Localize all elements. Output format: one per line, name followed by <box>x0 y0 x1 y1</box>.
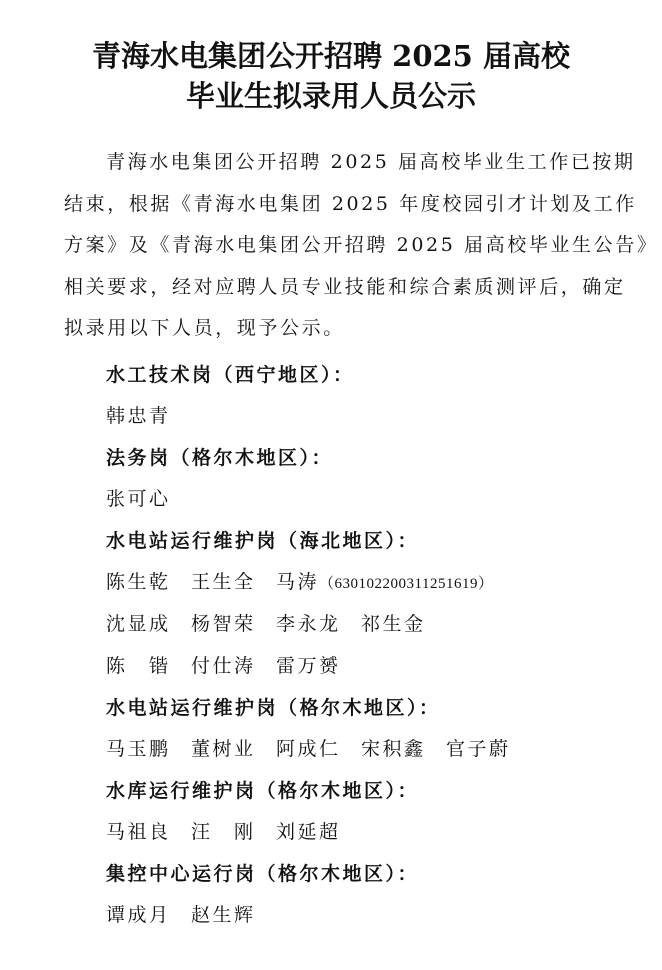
person-name: 董树业 <box>191 734 276 761</box>
person-name: 杨智荣 <box>191 609 276 636</box>
section-heading: 水库运行维护岗（格尔木地区）： <box>106 776 419 803</box>
names-row: 张可心 <box>106 484 191 511</box>
section-heading: 水工技术岗（西宁地区）： <box>106 360 355 387</box>
person-name: 马祖良 <box>106 817 191 844</box>
id-number-note: （630102200311251619） <box>319 576 493 592</box>
intro-line: 青海水电集团公开招聘 2025 届高校毕业生工作已按期 <box>64 142 618 184</box>
person-name: 马涛（630102200311251619） <box>276 567 493 594</box>
intro-line: 拟录用以下人员，现予公示。 <box>64 308 618 350</box>
person-name: 赵生辉 <box>191 900 276 927</box>
person-name: 陈生乾 <box>106 567 191 594</box>
names-row: 马玉鹏 董树业 阿成仁 宋积鑫 官子蔚 <box>106 734 531 761</box>
person-name: 雷万赟 <box>276 651 361 678</box>
person-name: 陈 锴 <box>106 651 191 678</box>
person-name: 马玉鹏 <box>106 734 191 761</box>
intro-line: 方案》及《青海水电集团公开招聘 2025 届高校毕业生公告》 <box>64 225 618 267</box>
intro-line: 相关要求，经对应聘人员专业技能和综合素质测评后，确定 <box>64 267 618 309</box>
person-name-text: 马涛 <box>276 571 319 593</box>
section-heading: 水电站运行维护岗（海北地区）： <box>106 526 419 553</box>
section-heading: 水电站运行维护岗（格尔木地区）： <box>106 693 441 720</box>
person-name: 官子蔚 <box>446 734 531 761</box>
document-page: 青海水电集团公开招聘 2025 届高校 毕业生拟录用人员公示 青海水电集团公开招… <box>0 0 662 970</box>
person-name: 汪 刚 <box>191 817 276 844</box>
intro-line: 结束，根据《青海水电集团 2025 年度校园引才计划及工作 <box>64 184 618 226</box>
person-name: 谭成月 <box>106 900 191 927</box>
person-name: 沈显成 <box>106 609 191 636</box>
names-row: 谭成月 赵生辉 <box>106 900 276 927</box>
names-row: 陈生乾 王生全 马涛（630102200311251619） <box>106 567 493 594</box>
document-title-line-1: 青海水电集团公开招聘 2025 届高校 <box>0 34 662 75</box>
names-row: 韩忠青 <box>106 401 191 428</box>
document-title-line-2: 毕业生拟录用人员公示 <box>0 74 662 115</box>
person-name: 祁生金 <box>361 609 446 636</box>
names-row: 陈 锴 付仕涛 雷万赟 <box>106 651 361 678</box>
section-heading: 法务岗（格尔木地区）： <box>106 443 333 470</box>
intro-paragraph: 青海水电集团公开招聘 2025 届高校毕业生工作已按期 结束，根据《青海水电集团… <box>64 142 618 350</box>
section-heading: 集控中心运行岗（格尔木地区）： <box>106 859 419 886</box>
person-name: 刘延超 <box>276 817 361 844</box>
person-name: 韩忠青 <box>106 401 191 428</box>
person-name: 王生全 <box>191 567 276 594</box>
person-name: 李永龙 <box>276 609 361 636</box>
person-name: 宋积鑫 <box>361 734 446 761</box>
person-name: 阿成仁 <box>276 734 361 761</box>
names-row: 马祖良 汪 刚 刘延超 <box>106 817 361 844</box>
person-name: 张可心 <box>106 484 191 511</box>
names-row: 沈显成 杨智荣 李永龙 祁生金 <box>106 609 446 636</box>
person-name: 付仕涛 <box>191 651 276 678</box>
